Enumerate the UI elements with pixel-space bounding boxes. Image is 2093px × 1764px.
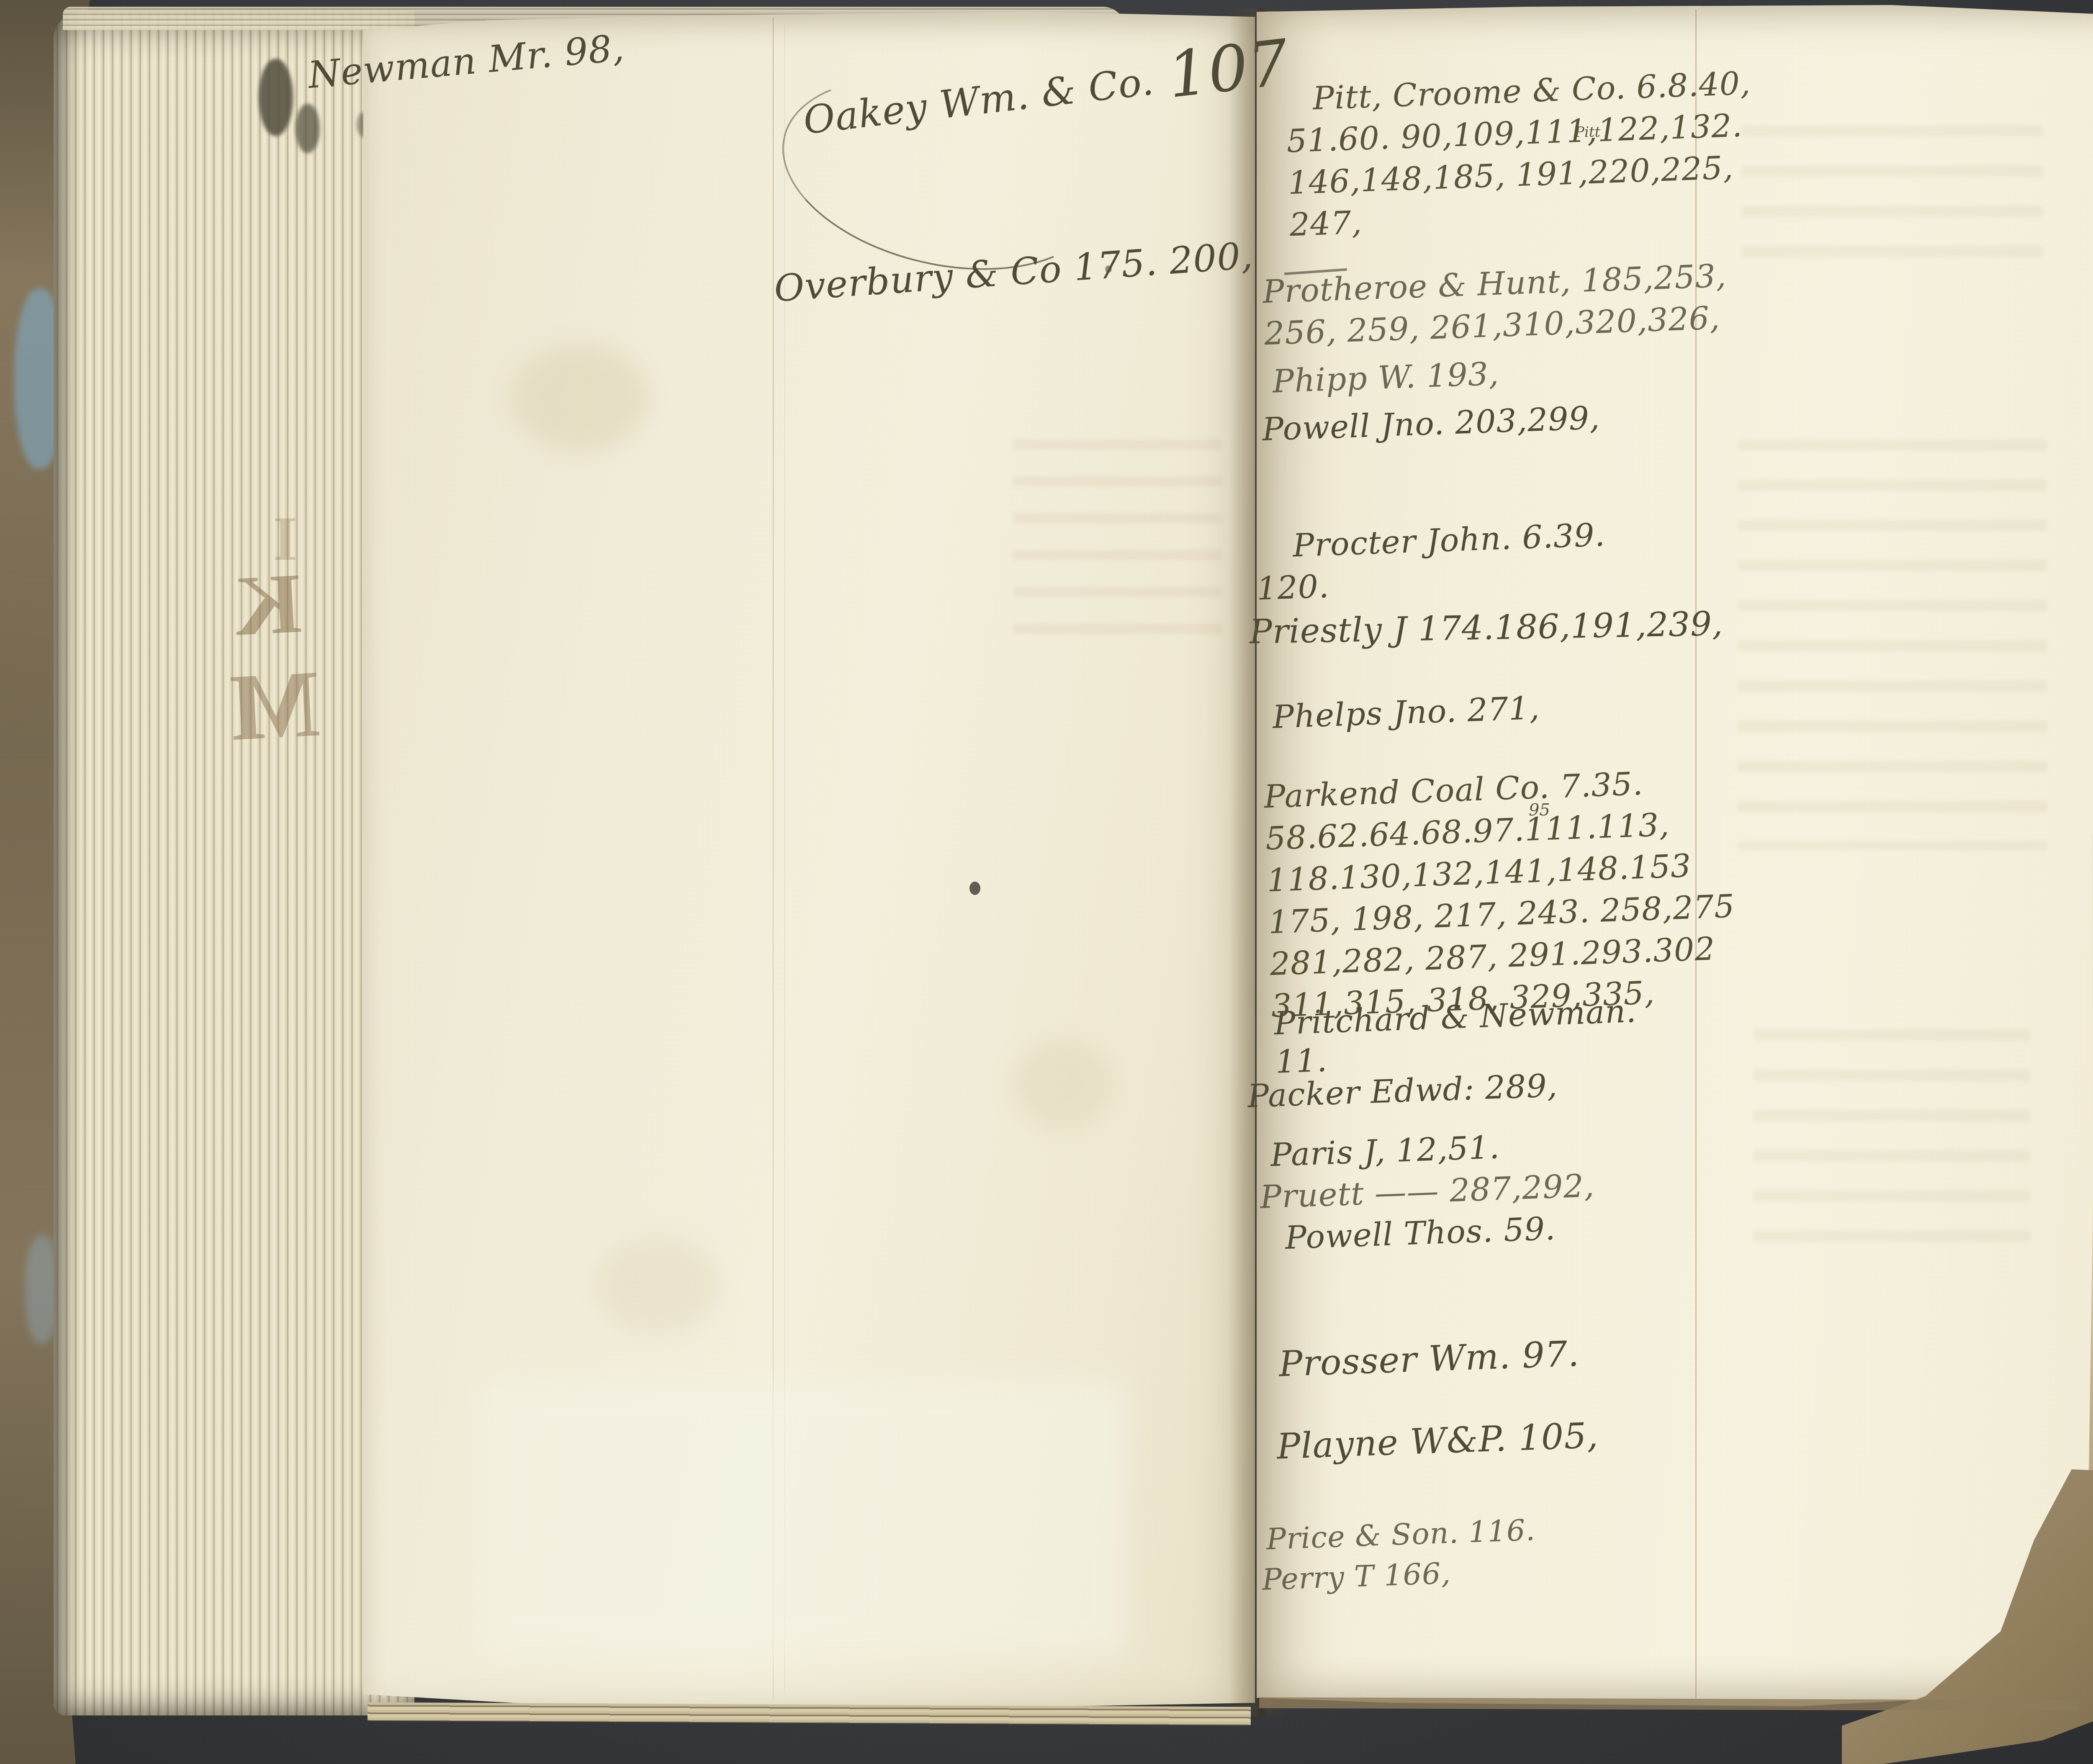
- foxing-stain: [594, 1235, 720, 1335]
- showthrough-tab-letter-m: M: [227, 656, 322, 756]
- index-entry-oakey-number: 107: [1164, 26, 1293, 113]
- foxing-stain: [511, 343, 649, 452]
- index-entry-line: Paris J, 12,51.: [1270, 1126, 1500, 1176]
- index-entry-block-perry: Perry T 166,: [1261, 1552, 1451, 1601]
- page-bottom-edges-left: [368, 1702, 1251, 1725]
- index-entry-block-pitt: Pitt, Croome & Co. 6.8.40, 51.60. 90,109…: [1284, 62, 1756, 246]
- scanned-ledger-photo: I K M Newman Mr. 98, Oakey Wm. & Co.107 …: [0, 0, 2093, 1764]
- left-page-light-patch: [481, 1381, 1126, 1653]
- ink-blot: [259, 59, 293, 136]
- index-entry-block-phipp: Phipp W. 193,: [1272, 353, 1499, 403]
- ink-speck: [969, 882, 980, 895]
- page-bottom-edge-right: [1259, 1697, 2080, 1711]
- showthrough-text-lines: [1754, 1030, 2030, 1247]
- showthrough-text-lines: [1741, 126, 2043, 264]
- superscript-annotation-parkend: 95: [1529, 800, 1550, 820]
- showthrough-text-lines: [1013, 440, 1222, 636]
- index-entry-block-paris: Paris J, 12,51.: [1270, 1126, 1500, 1176]
- index-entry-block-priestly: Priestly J 174.186,191,239,: [1249, 603, 1723, 653]
- index-entry-block-procter: Procter John. 6.39. 120.: [1255, 514, 1607, 609]
- foxing-stain: [1013, 1038, 1113, 1130]
- ink-blot: [296, 104, 320, 153]
- index-entry-block-parkend: Parkend Coal Co. 7.35. 58.62.64.68.97.11…: [1263, 760, 1738, 1027]
- page-stack-fore-edge: [54, 11, 414, 1715]
- showthrough-tab-letter-k: K: [232, 560, 303, 649]
- index-entry-line: Priestly J 174.186,191,239,: [1249, 603, 1723, 653]
- index-entry-line: Phipp W. 193,: [1272, 353, 1499, 403]
- index-entry-line: Perry T 166,: [1261, 1552, 1451, 1601]
- superscript-annotation-pitt: Pitt: [1575, 124, 1600, 141]
- showthrough-text-lines: [1737, 440, 2047, 850]
